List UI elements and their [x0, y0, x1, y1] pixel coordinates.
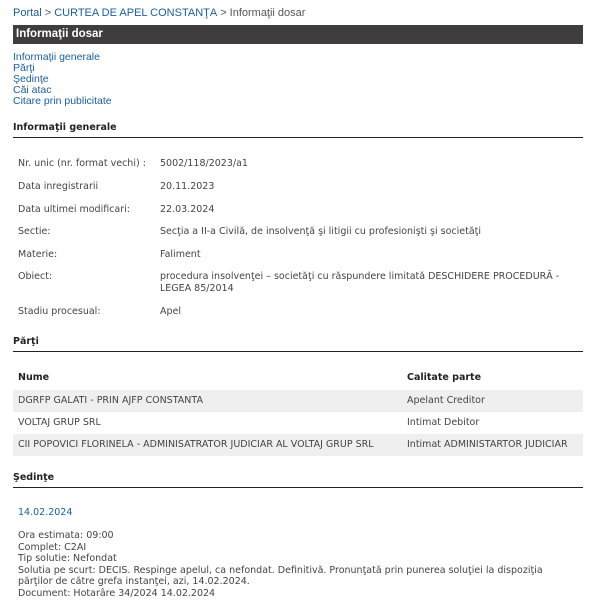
table-row: CII POPOVICI FLORINELA - ADMINISATRATOR … — [13, 434, 583, 456]
breadcrumb-separator: > — [220, 7, 226, 19]
info-value: 22.03.2024 — [160, 204, 580, 216]
party-role: Intimat Debitor — [407, 412, 479, 434]
info-value: 5002/118/2023/a1 — [160, 158, 580, 170]
section-header-general-info: Informaţii generale — [13, 122, 583, 138]
table-of-contents: Informaţii generale Părţi Şedinţe Căi at… — [13, 52, 112, 107]
toc-link-public-summons[interactable]: Citare prin publicitate — [13, 96, 112, 107]
breadcrumb-current: Informaţii dosar — [230, 7, 306, 19]
party-role: Intimat ADMINISTARTOR JUDICIAR — [407, 434, 568, 456]
breadcrumb-portal-link[interactable]: Portal — [13, 7, 42, 19]
table-row: VOLTAJ GRUP SRL Intimat Debitor — [13, 412, 583, 434]
parties-table-header: Nume Calitate parte — [13, 372, 583, 392]
section-header-parties: Părţi — [13, 336, 583, 352]
info-label: Sectie: — [18, 226, 158, 237]
info-value: procedura insolvenţei – societăţi cu răs… — [160, 271, 580, 295]
session-date-link[interactable]: 14.02.2024 — [18, 507, 72, 518]
breadcrumb: Portal>CURTEA DE APEL CONSTANŢA>Informaţ… — [13, 7, 305, 19]
party-role: Apelant Creditor — [407, 390, 485, 412]
page-title: Informaţii dosar — [13, 25, 583, 44]
party-name: CII POPOVICI FLORINELA - ADMINISATRATOR … — [18, 434, 374, 456]
party-name: DGRFP GALATI - PRIN AJFP CONSTANTA — [18, 390, 203, 412]
session-panel: Complet: C2AI — [18, 542, 578, 554]
info-label: Data inregistrarii — [18, 181, 158, 192]
info-label: Stadiu procesual: — [18, 306, 158, 317]
info-label: Data ultimei modificari: — [18, 204, 158, 215]
table-row: DGRFP GALATI - PRIN AJFP CONSTANTA Apela… — [13, 390, 583, 412]
breadcrumb-court-link[interactable]: CURTEA DE APEL CONSTANŢA — [54, 7, 217, 19]
column-header-role: Calitate parte — [407, 372, 481, 383]
info-value: Faliment — [160, 249, 580, 261]
session-document: Document: Hotarâre 34/2024 14.02.2024 — [18, 588, 578, 600]
info-label: Materie: — [18, 249, 158, 260]
party-name: VOLTAJ GRUP SRL — [18, 412, 101, 434]
session-details: Ora estimata: 09:00 Complet: C2AI Tip so… — [18, 530, 578, 599]
breadcrumb-separator: > — [45, 7, 51, 19]
column-header-name: Nume — [18, 372, 49, 383]
info-label: Nr. unic (nr. format vechi) : — [18, 158, 158, 169]
session-estimated-time: Ora estimata: 09:00 — [18, 530, 578, 542]
info-value: 20.11.2023 — [160, 181, 580, 193]
section-header-sessions: Şedinţe — [13, 472, 583, 488]
info-label: Obiect: — [18, 271, 158, 282]
info-value: Apel — [160, 306, 580, 318]
session-solution-type: Tip solutie: Nefondat — [18, 553, 578, 565]
info-value: Secţia a II-a Civilă, de insolvenţă şi l… — [160, 226, 580, 238]
session-solution-summary: Solutia pe scurt: DECIS. Respinge apelul… — [18, 565, 578, 588]
